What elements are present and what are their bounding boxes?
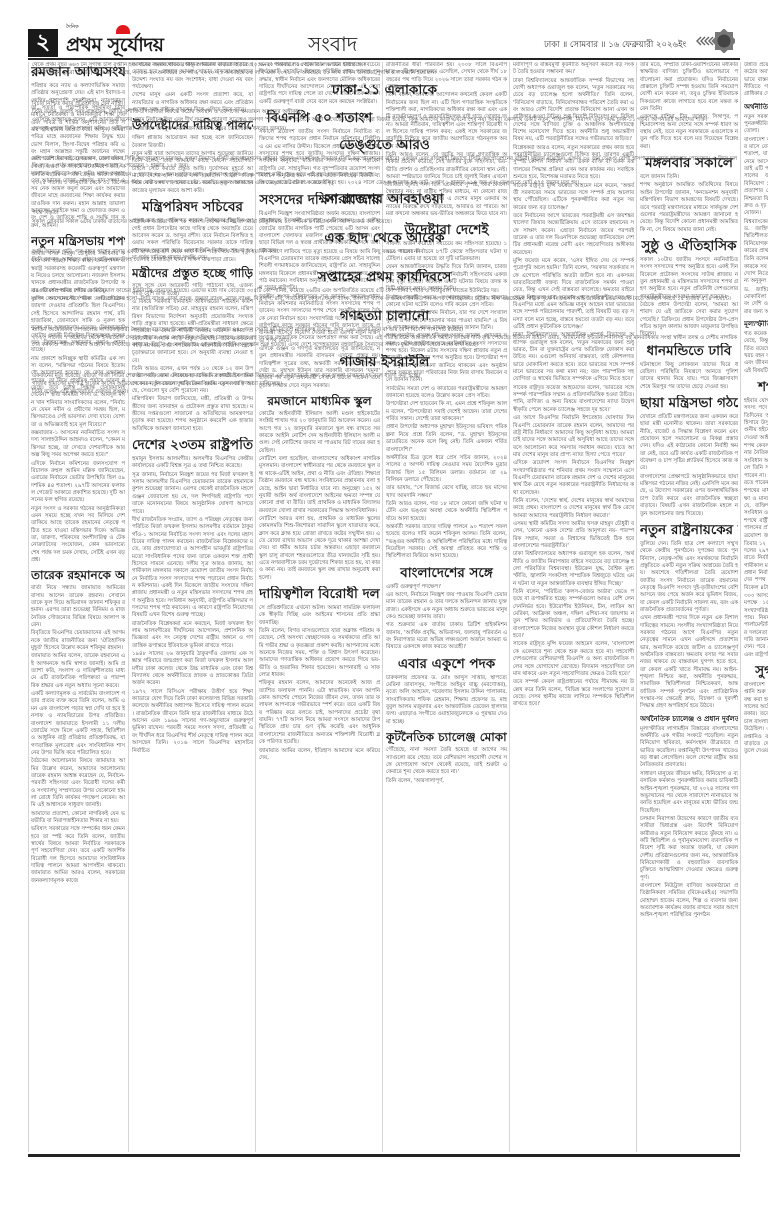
paragraph: এনসিপি আহ্বায়ক বলেন, এটি আমার জীবনের প্… xyxy=(32,117,737,124)
article: এক ছাদ থেকে আরেকআমি জানতে পারি, গত রাতে … xyxy=(32,230,737,265)
paragraph: সকাল রোববার সকাল ৬টায় ঢাকায় বাতাসের আপ… xyxy=(32,219,737,226)
article-body: গত কয়েক মাসে মূল্যস্ফীতি ধারাবাহিকভাবে … xyxy=(744,331,768,375)
paragraph: তিনি বলেন, এই অর্থনৈতিক অগ্রাধিকারের পাশ… xyxy=(744,256,768,285)
paragraph: ২০২৩ সালের ৭ অক্টোবর থেকে ইসরায়েলি সেনা… xyxy=(32,335,737,350)
article: অর্থনীতিতে স্থিতিশীলতা ও বিনিয়োগে গতিনত… xyxy=(744,103,768,316)
news-columns: রমজান আত্মসংযমপরিহার করে ন্যায় ও কল্যাণ… xyxy=(28,62,740,1152)
article-headline: গণহত্যা চালানো xyxy=(32,308,737,325)
article-body: হইবার যোগ্য নহেন বা অযোগ্য হইয়াছেন জানি… xyxy=(744,398,768,659)
paragraph: পর্যন্ত বিস্তৃত। xyxy=(32,210,737,217)
article-body: ৫৯৬টি কোম্পানির শেয়ার ও মিউচুয়াল ফান্ড… xyxy=(32,288,737,304)
page-number: ২ xyxy=(28,29,58,57)
article-body: লাতিন আমেরিকার দেশগুলোর নাগরিকত্বধারী সৈ… xyxy=(32,327,737,350)
article-headline: মূল্যস্ফীতির লাগাম টানা xyxy=(744,320,768,329)
paragraph: বিচার নিশ্চিত করার প্রতিশ্রুতিও দেন নাহি… xyxy=(32,101,737,108)
article-headline: সুগন্ধি চাল রপ্তানি xyxy=(744,663,768,680)
article-headline: ঢাকা-১১ এলাকাকে xyxy=(32,82,737,99)
article-body: পর্যন্ত বিস্তৃত।সকাল রোববার সকাল ৬টায় ঢ… xyxy=(32,210,737,226)
article: সারাদেশের আবহাওয়াপর্যন্ত বিস্তৃত।সকাল র… xyxy=(32,191,737,226)
article-headline: সপ্তাহের প্রথম কার্যদিবসে xyxy=(32,269,737,286)
footer-rule xyxy=(28,1154,740,1157)
column-8: থেকে প্রথম বছর ৬৬৩ টন সুগন্ধি চাল রপ্তান… xyxy=(28,62,740,1152)
paragraph: বাংলাদেশ ব্যাংকের তথ্য অনুযায়ী, ২০২৫ সা… xyxy=(744,137,768,218)
paragraph: ৩০০ আসনের সংসদে এককভাবে সরকার গঠন করতে ক… xyxy=(744,593,768,659)
article-headline: অর্থনীতিতে স্থিতিশীলতা ও বিনিয়োগে গতি xyxy=(744,103,768,112)
article-headline: ডেঙ্গুতে আরও xyxy=(32,137,737,154)
paragraph: শপথের মাধ্যমে জনপ্রতিনিধিরা রাষ্ট্রের সর… xyxy=(744,488,768,532)
paragraph: এদিন লেনদেনের শীর্ষে থাকা ১০টি প্রতিষ্ঠা… xyxy=(32,296,737,303)
paragraph: উন্নতি প্রয়োজন। একই সঙ্গে দুর্নীতি, চাঁ… xyxy=(744,62,768,99)
paragraph: থেকে প্রথম বছর ৬৬৩ টন সুগন্ধি চাল রপ্তান… xyxy=(32,62,737,69)
header-rule xyxy=(28,58,740,60)
article: সুগন্ধি চাল রপ্তানিবাংলাদেশ থেকে ২০০৯-১০… xyxy=(744,663,768,755)
paragraph: রপ্তানি উন্নয়ন ব্যুরো (ইপিবি) সূত্রে জা… xyxy=(32,70,737,77)
paragraph: একজনের মৃত্যু হয়েছে। এছাড়া গাজা সিটির … xyxy=(32,373,737,380)
masthead: ২ দৈনিক প্রথম সূর্যোদয় সংবাদ ঢাকা ॥ সোম… xyxy=(28,26,740,56)
article-headline: গাজায় ইসরাইলি xyxy=(32,354,737,371)
paragraph: বিশ্বব্যাংকের ঢাকা কার্যালয়ের সাবেক মুখ… xyxy=(744,219,768,256)
paragraph: তিনি বলেন, এটি যুদ্ধবিরতির গুরুতর লঙ্ঘন। xyxy=(32,389,737,396)
article-body: নতুন সরকারের সবচেয়ে বড় চ্যালেঞ্জ হবে ব… xyxy=(744,114,768,316)
paragraph: ত্রয়োদশ জাতীয় সংসদ নির্বাচন অনুষ্ঠিত হ… xyxy=(744,533,768,592)
paragraph: ৫৯৬টি কোম্পানির শেয়ার ও মিউচুয়াল ফান্ড… xyxy=(32,288,737,295)
article-headline: এক ছাদ থেকে আরেক xyxy=(32,230,737,247)
paragraph: শপথ কেবল একটি আনুষ্ঠানিকতা নয়, এটি রাষ্… xyxy=(744,443,768,487)
paragraph: ২০২৫ সালের ১ জানুয়ারি থেকে ৩১ ডিসেম্বর … xyxy=(32,180,737,187)
article-body: থেকে প্রথম বছর ৬৬৩ টন সুগন্ধি চাল রপ্তান… xyxy=(32,62,737,78)
article-body: করপোরেশনের বাইরে) ছয়জন, ঢাকা দক্ষিণ সিট… xyxy=(32,156,737,187)
article: গাজায় ইসরাইলিএকজনের মৃত্যু হয়েছে। এছাড… xyxy=(32,354,737,397)
paragraph: নতুন সরকারের সবচেয়ে বড় চ্যালেঞ্জ হবে ব… xyxy=(744,114,768,136)
article-body: বাংলাদেশ থেকে ২০০৯-১০ অর্থবছরে সুগন্ধি চ… xyxy=(744,682,768,755)
paragraph: তিনি জানান, আমাদের গ্রামের বাড়ি ময়মনসি… xyxy=(32,257,737,264)
paragraph: করপোরেশনের বাইরে) ছয়জন, ঢাকা দক্ষিণ সিট… xyxy=(32,156,737,171)
article-body: আমি জানতে পারি, গত রাতে পাশের বাসার একটি… xyxy=(32,249,737,265)
article-body: উন্নতি প্রয়োজন। একই সঙ্গে দুর্নীতি, চাঁ… xyxy=(744,62,768,99)
paragraph: লাতিন আমেরিকার দেশগুলোর নাগরিকত্বধারী সৈ… xyxy=(32,327,737,334)
paragraph: ফেসবুক পেজে তিনি 'শাপলা কলি' ও 'দাঁড়িপা… xyxy=(32,126,737,133)
article: গণহত্যা চালানোলাতিন আমেরিকার দেশগুলোর না… xyxy=(32,308,737,350)
paragraph: হইবার যোগ্য নহেন বা অযোগ্য হইয়াছেন জানি… xyxy=(744,398,768,442)
article-headline: শপথ ছাড়া সংসদ xyxy=(744,379,768,396)
article: উন্নতি প্রয়োজন। একই সঙ্গে দুর্নীতি, চাঁ… xyxy=(744,62,768,99)
paragraph: ড. জাহিদের মতে, এই চ্যালেঞ্জগুলো দক্ষভাব… xyxy=(744,287,768,316)
article-body: একজনের মৃত্যু হয়েছে। এছাড়া গাজা সিটির … xyxy=(32,373,737,397)
article: ঢাকা-১১ এলাকাকেবিচার নিশ্চিত করার প্রতিশ… xyxy=(32,82,737,133)
dateline: ঢাকা ॥ সোমবার ॥ ১৬ ফেব্রুয়ারী ২০২৬ইং xyxy=(544,38,686,52)
column-7: উন্নতি প্রয়োজন। একই সঙ্গে দুর্নীতি, চাঁ… xyxy=(740,62,768,1152)
article: সপ্তাহের প্রথম কার্যদিবসে৫৯৬টি কোম্পানির… xyxy=(32,269,737,304)
paragraph: গাজায় হামাসের মুখপাত্র হাজেম কাসেম অভিয… xyxy=(32,381,737,388)
article: শপথ ছাড়া সংসদহইবার যোগ্য নহেন বা অযোগ্য… xyxy=(744,379,768,659)
ornament-star-icon xyxy=(695,29,735,53)
article: ডেঙ্গুতে আরওকরপোরেশনের বাইরে) ছয়জন, ঢাক… xyxy=(32,137,737,187)
paragraph: চলতি বছরের এ পর্যন্ত ডেঙ্গু আক্রান্ত হয়… xyxy=(32,172,737,179)
paragraph: আমি জানতে পারি, গত রাতে পাশের বাসার একটি… xyxy=(32,249,737,256)
article: থেকে প্রথম বছর ৬৬৩ টন সুগন্ধি চাল রপ্তান… xyxy=(32,62,737,78)
paragraph: তিনি বলেন, জুলাই সনদ বাস্তবায়ন, দুর্নীত… xyxy=(32,109,737,116)
article-body: বিচার নিশ্চিত করার প্রতিশ্রুতিও দেন নাহি… xyxy=(32,101,737,133)
article-headline: সারাদেশের আবহাওয়া xyxy=(32,191,737,208)
paragraph: বাংলাদেশ থেকে ২০০৯-১০ অর্থবছরে সুগন্ধি চ… xyxy=(744,682,768,755)
paragraph: গত কয়েক মাসে মূল্যস্ফীতি ধারাবাহিকভাবে … xyxy=(744,331,768,375)
article: মূল্যস্ফীতির লাগাম টানাগত কয়েক মাসে মূল… xyxy=(744,320,768,375)
